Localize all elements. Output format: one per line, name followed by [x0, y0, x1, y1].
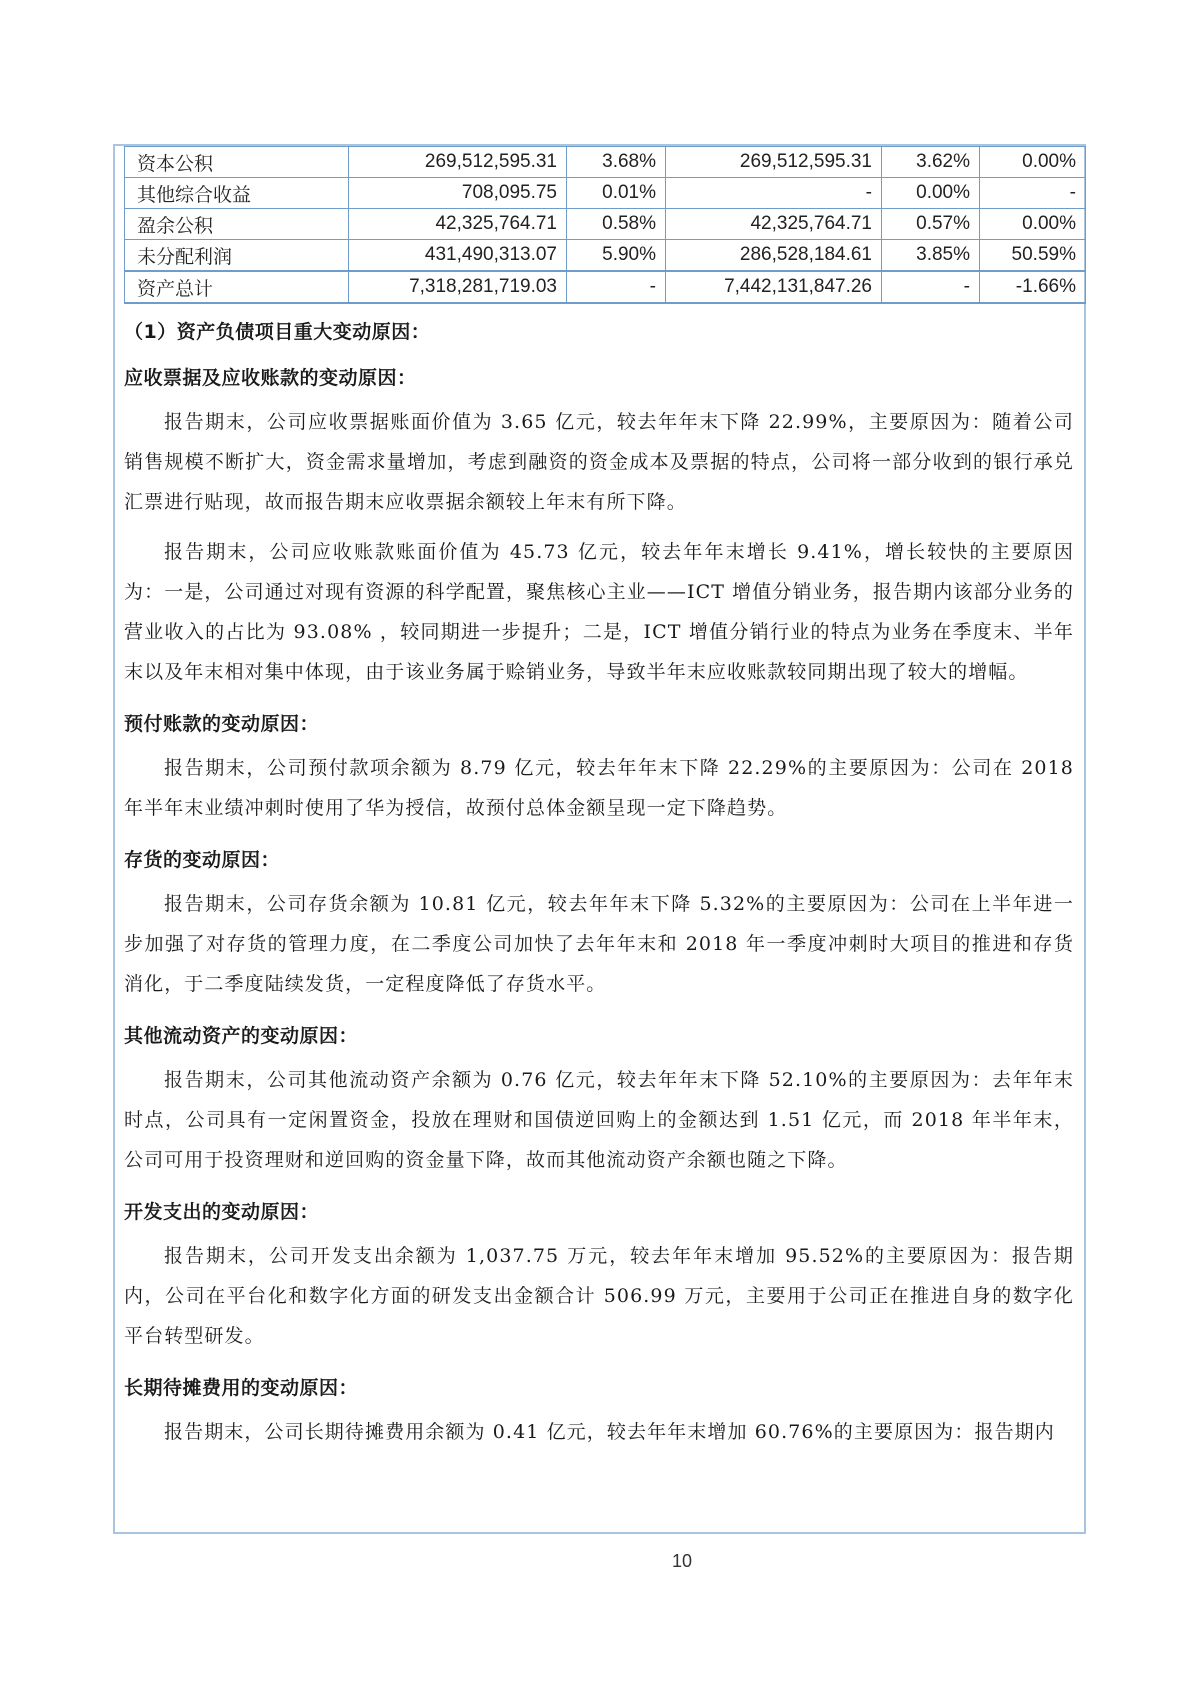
change-pct: - — [980, 178, 1086, 209]
current-pct: 5.90% — [567, 240, 666, 272]
prior-pct: - — [882, 271, 980, 303]
row-item: 资产总计 — [125, 271, 349, 303]
body-content: （1）资产负债项目重大变动原因： 应收票据及应收账款的变动原因： 报告期末，公司… — [124, 318, 1074, 1452]
paragraph: 报告期末，公司开发支出余额为 1,037.75 万元，较去年年末增加 95.52… — [124, 1236, 1074, 1356]
row-item: 盈余公积 — [125, 209, 349, 240]
current-pct: - — [567, 271, 666, 303]
current-amount: 431,490,313.07 — [349, 240, 567, 272]
prior-pct: 0.57% — [882, 209, 980, 240]
row-item: 资本公积 — [125, 147, 349, 178]
subsection-title-receivables: 应收票据及应收账款的变动原因： — [124, 364, 1074, 392]
section-heading: （1）资产负债项目重大变动原因： — [124, 318, 1074, 346]
change-pct: 0.00% — [980, 147, 1086, 178]
table-row: 未分配利润 431,490,313.07 5.90% 286,528,184.6… — [125, 240, 1086, 272]
row-item: 其他综合收益 — [125, 178, 349, 209]
paragraph: 报告期末，公司应收票据账面价值为 3.65 亿元，较去年年末下降 22.99%，… — [124, 402, 1074, 522]
table-row: 盈余公积 42,325,764.71 0.58% 42,325,764.71 0… — [125, 209, 1086, 240]
prior-pct: 0.00% — [882, 178, 980, 209]
current-amount: 708,095.75 — [349, 178, 567, 209]
prior-pct: 3.85% — [882, 240, 980, 272]
balance-sheet-table: 资本公积 269,512,595.31 3.68% 269,512,595.31… — [124, 146, 1086, 304]
prior-amount: 269,512,595.31 — [666, 147, 882, 178]
paragraph: 报告期末，公司存货余额为 10.81 亿元，较去年年末下降 5.32%的主要原因… — [124, 884, 1074, 1004]
paragraph: 报告期末，公司长期待摊费用余额为 0.41 亿元，较去年年末增加 60.76%的… — [124, 1412, 1074, 1452]
current-pct: 3.68% — [567, 147, 666, 178]
change-pct: 0.00% — [980, 209, 1086, 240]
paragraph: 报告期末，公司预付款项余额为 8.79 亿元，较去年年末下降 22.29%的主要… — [124, 748, 1074, 828]
subsection-title-development-expenditure: 开发支出的变动原因： — [124, 1198, 1074, 1226]
current-pct: 0.01% — [567, 178, 666, 209]
change-pct: 50.59% — [980, 240, 1086, 272]
table-row: 资本公积 269,512,595.31 3.68% 269,512,595.31… — [125, 147, 1086, 178]
table-row-total: 资产总计 7,318,281,719.03 - 7,442,131,847.26… — [125, 271, 1086, 303]
paragraph: 报告期末，公司其他流动资产余额为 0.76 亿元，较去年年末下降 52.10%的… — [124, 1060, 1074, 1180]
current-amount: 269,512,595.31 — [349, 147, 567, 178]
subsection-title-long-term-prepaid: 长期待摊费用的变动原因： — [124, 1374, 1074, 1402]
prior-amount: 42,325,764.71 — [666, 209, 882, 240]
current-amount: 42,325,764.71 — [349, 209, 567, 240]
subsection-title-inventory: 存货的变动原因： — [124, 846, 1074, 874]
subsection-title-other-current-assets: 其他流动资产的变动原因： — [124, 1022, 1074, 1050]
page-number: 10 — [672, 1551, 692, 1572]
prior-pct: 3.62% — [882, 147, 980, 178]
change-pct: -1.66% — [980, 271, 1086, 303]
current-amount: 7,318,281,719.03 — [349, 271, 567, 303]
subsection-title-prepayments: 预付账款的变动原因： — [124, 710, 1074, 738]
prior-amount: 286,528,184.61 — [666, 240, 882, 272]
prior-amount: - — [666, 178, 882, 209]
prior-amount: 7,442,131,847.26 — [666, 271, 882, 303]
row-item: 未分配利润 — [125, 240, 349, 272]
table-row: 其他综合收益 708,095.75 0.01% - 0.00% - — [125, 178, 1086, 209]
current-pct: 0.58% — [567, 209, 666, 240]
paragraph: 报告期末，公司应收账款账面价值为 45.73 亿元，较去年年末增长 9.41%，… — [124, 532, 1074, 692]
